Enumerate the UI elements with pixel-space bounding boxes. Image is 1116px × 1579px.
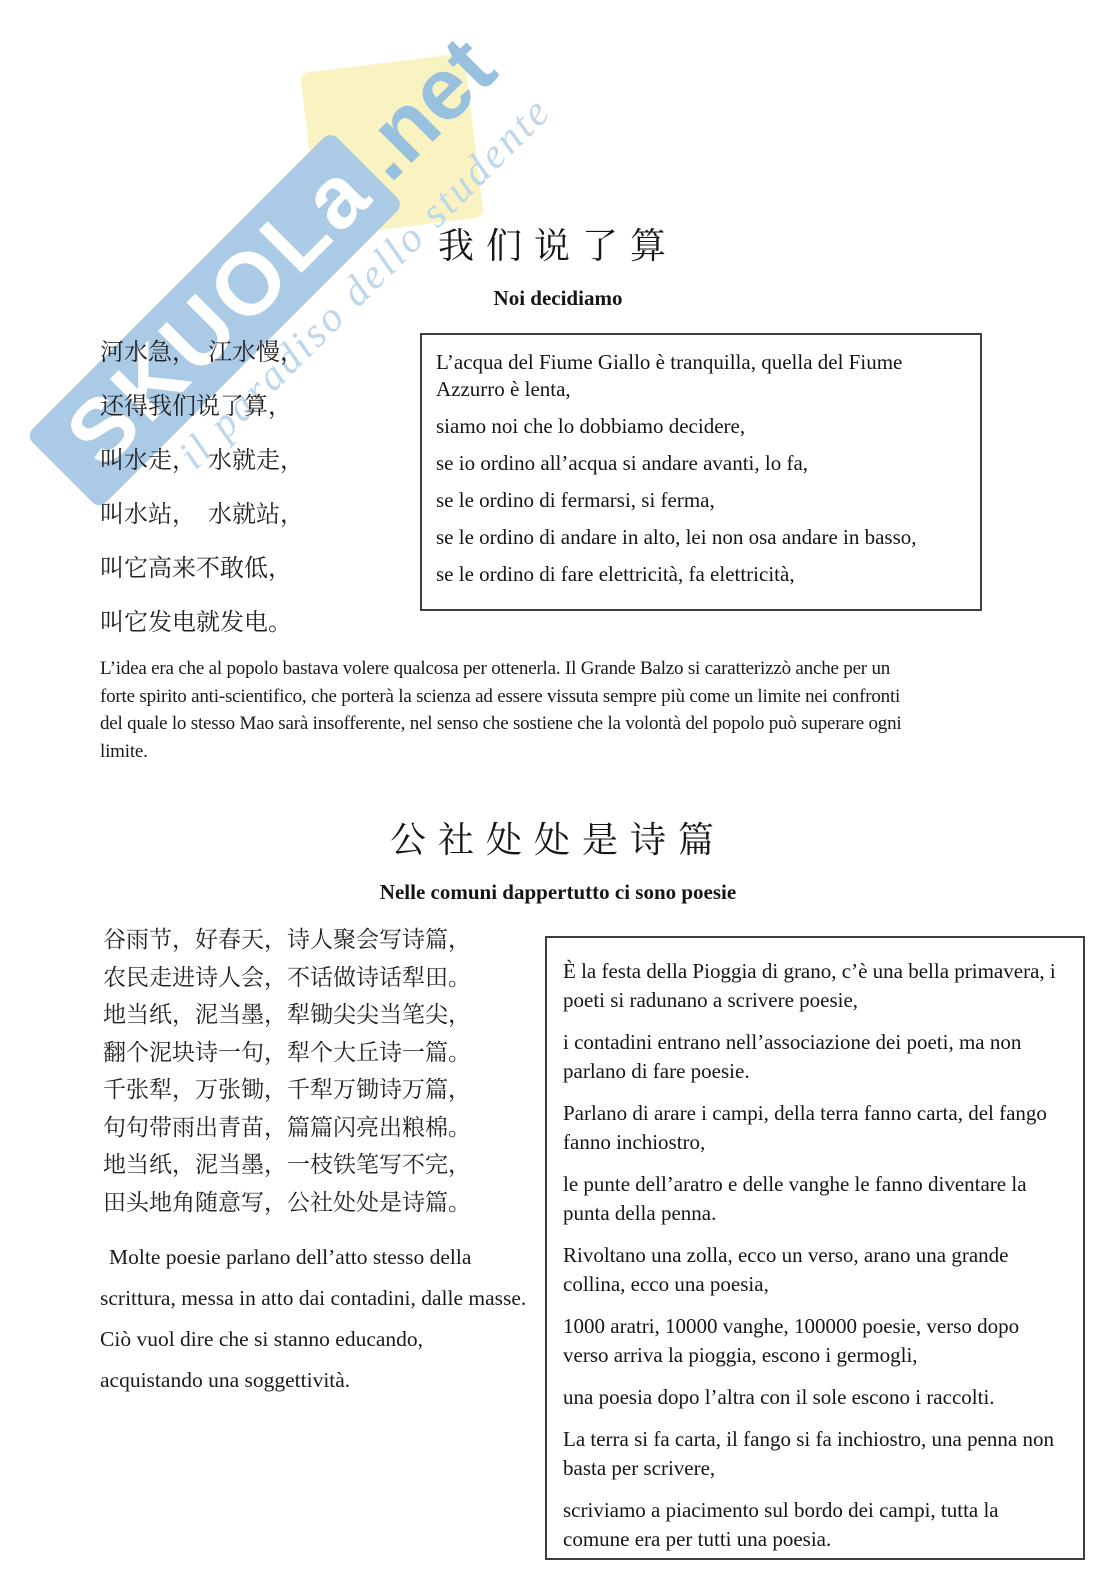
poem-line: 地当纸，泥当墨，一枝铁笔写不完，	[103, 1146, 471, 1184]
section2-chinese-poem: 谷雨节，好春天，诗人聚会写诗篇，农民走进诗人会，不话做诗话犁田。地当纸，泥当墨，…	[103, 921, 471, 1221]
section2-commentary: Molte poesie parlano dell’atto stesso de…	[100, 1237, 526, 1401]
commentary-line: limite.	[100, 738, 901, 766]
page-content: 我们说了算 Noi decidiamo 河水急， 江水慢，还得我们说了算，叫水走…	[0, 0, 1116, 1579]
commentary-line: L’idea era che al popolo bastava volere …	[100, 655, 901, 683]
translation-paragraph: 1000 aratri, 10000 vanghe, 100000 poesie…	[563, 1312, 1067, 1370]
translation-paragraph: i contadini entrano nell’associazione de…	[563, 1028, 1067, 1086]
poem-line: 句句带雨出青苗，篇篇闪亮出粮棉。	[103, 1109, 471, 1147]
poem-line: 田头地角随意写，公社处处是诗篇。	[103, 1184, 471, 1222]
poem-line: 地当纸，泥当墨，犁锄尖尖当笔尖，	[103, 996, 471, 1034]
translation-paragraph: se le ordino di fermarsi, si ferma,	[436, 487, 966, 514]
poem-line: 千张犁，万张锄，千犁万锄诗万篇，	[103, 1071, 471, 1109]
poem-line: 叫它发电就发电。	[100, 596, 304, 650]
poem-line: 还得我们说了算，	[100, 380, 304, 434]
section1-chinese-poem: 河水急， 江水慢，还得我们说了算，叫水走， 水就走，叫水站， 水就站，叫它高来不…	[100, 326, 304, 650]
translation-paragraph: scriviamo a piacimento sul bordo dei cam…	[563, 1496, 1067, 1554]
translation-paragraph: se le ordino di andare in alto, lei non …	[436, 524, 966, 551]
poem-line: 翻个泥块诗一句，犁个大丘诗一篇。	[103, 1034, 471, 1072]
section1-translation-box: L’acqua del Fiume Giallo è tranquilla, q…	[420, 333, 982, 611]
poem-line: 河水急， 江水慢，	[100, 326, 304, 380]
translation-paragraph: una poesia dopo l’altra con il sole esco…	[563, 1383, 1067, 1412]
commentary-line: scrittura, messa in atto dai contadini, …	[100, 1278, 526, 1319]
poem-line: 叫水站， 水就站，	[100, 488, 304, 542]
section2-chinese-title: 公社处处是诗篇	[0, 812, 1116, 863]
translation-paragraph: se le ordino di fare elettricità, fa ele…	[436, 561, 966, 588]
commentary-line: forte spirito anti-scientifico, che port…	[100, 683, 901, 711]
translation-paragraph: le punte dell’aratro e delle vanghe le f…	[563, 1170, 1067, 1228]
section1-chinese-title: 我们说了算	[0, 218, 1116, 269]
translation-paragraph: L’acqua del Fiume Giallo è tranquilla, q…	[436, 349, 966, 403]
document-page: { "watermark": { "brand": "SKUOLa", "tld…	[0, 0, 1116, 1579]
poem-line: 农民走进诗人会，不话做诗话犁田。	[103, 959, 471, 997]
commentary-line: Molte poesie parlano dell’atto stesso de…	[100, 1237, 526, 1278]
section2-translation-box: È la festa della Pioggia di grano, c’è u…	[545, 936, 1085, 1560]
commentary-line: acquistando una soggettività.	[100, 1360, 526, 1401]
translation-paragraph: Parlano di arare i campi, della terra fa…	[563, 1099, 1067, 1157]
poem-line: 谷雨节，好春天，诗人聚会写诗篇，	[103, 921, 471, 959]
poem-line: 叫它高来不敢低，	[100, 542, 304, 596]
poem-line: 叫水走， 水就走，	[100, 434, 304, 488]
section1-italian-subtitle: Noi decidiamo	[0, 286, 1116, 311]
commentary-line: del quale lo stesso Mao sarà insofferent…	[100, 710, 901, 738]
section1-commentary: L’idea era che al popolo bastava volere …	[100, 655, 901, 765]
translation-paragraph: siamo noi che lo dobbiamo decidere,	[436, 413, 966, 440]
translation-paragraph: Rivoltano una zolla, ecco un verso, aran…	[563, 1241, 1067, 1299]
commentary-line: Ciò vuol dire che si stanno educando,	[100, 1319, 526, 1360]
translation-paragraph: se io ordino all’acqua si andare avanti,…	[436, 450, 966, 477]
section2-italian-subtitle: Nelle comuni dappertutto ci sono poesie	[0, 880, 1116, 905]
translation-paragraph: La terra si fa carta, il fango si fa inc…	[563, 1425, 1067, 1483]
translation-paragraph: È la festa della Pioggia di grano, c’è u…	[563, 957, 1067, 1015]
